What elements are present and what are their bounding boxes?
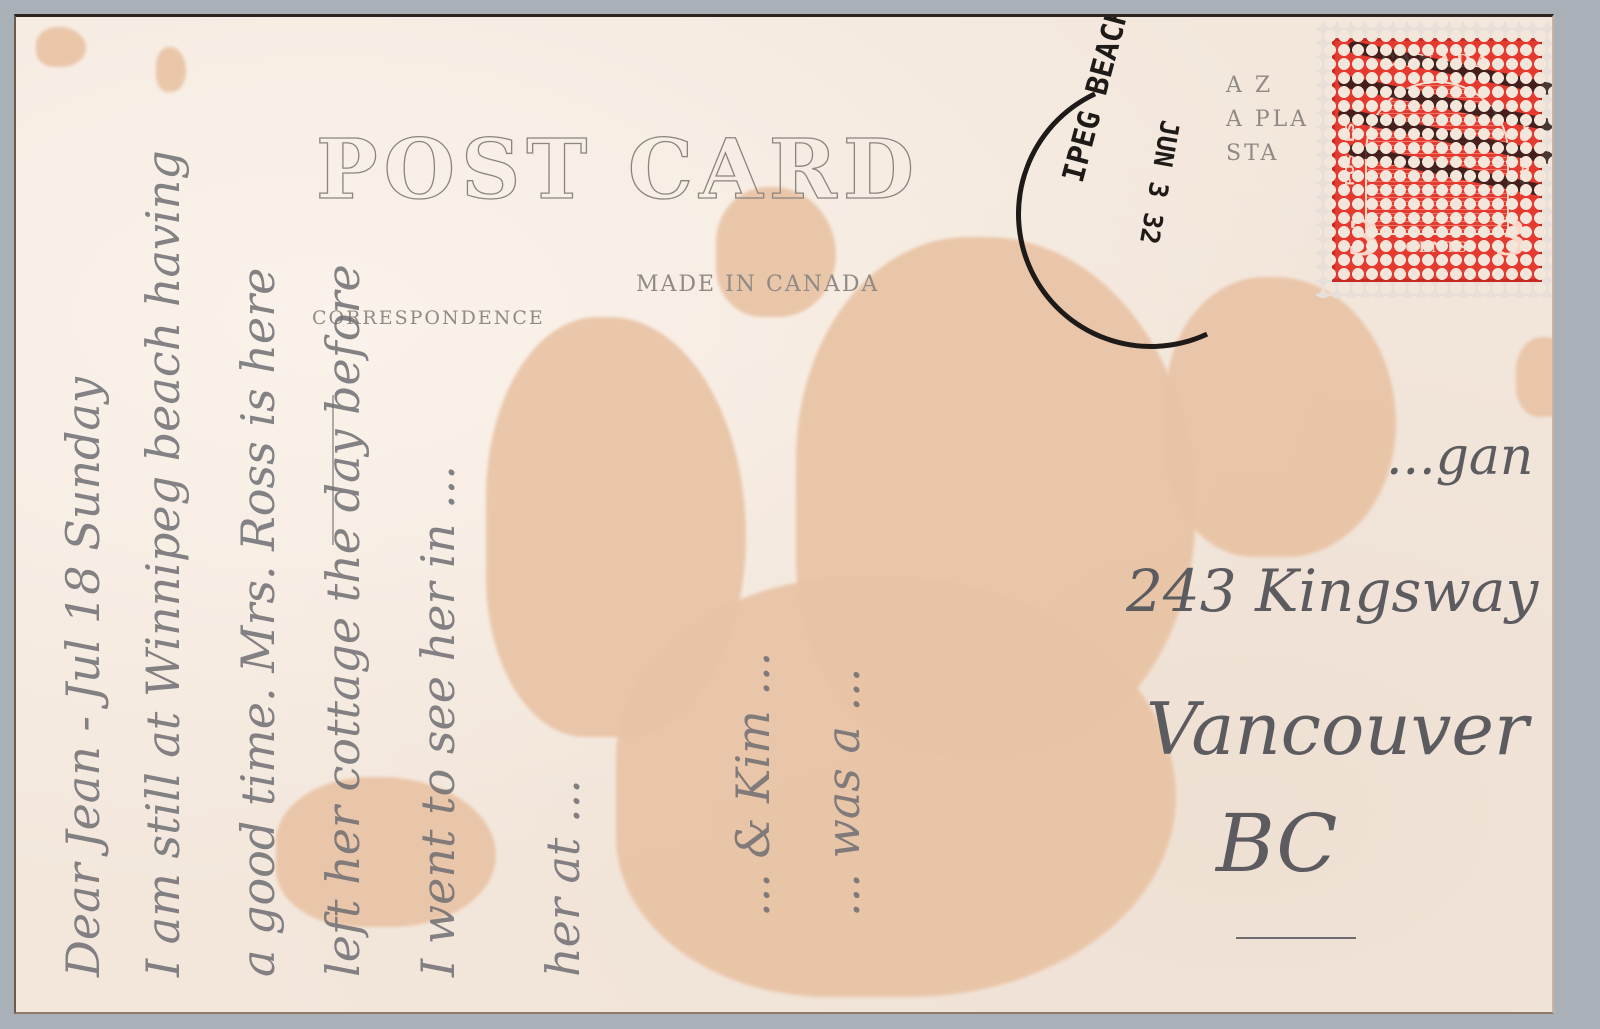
message-line: ... was a ... <box>816 668 870 917</box>
address-name: ...gan <box>1386 427 1533 487</box>
message-line: I went to see her in ... <box>411 465 465 977</box>
stain <box>36 27 86 67</box>
message-line: ... & Kim ... <box>726 652 780 917</box>
place-stamp-line: A Z <box>1226 69 1309 103</box>
address-street: 243 Kingsway <box>1126 557 1538 625</box>
message-line: I am still at Winnipeg beach having <box>136 150 190 977</box>
stain <box>1516 337 1554 417</box>
stain <box>156 47 186 92</box>
message-line: her at ... <box>536 779 590 977</box>
postage-stamp: CANADA POSTES POSTAGE 3 3 CENTS <box>1316 22 1552 298</box>
message-line: Dear Jean - Jul 18 Sunday <box>56 377 110 977</box>
address-city: Vancouver <box>1146 687 1528 771</box>
post-card-title: POST CARD <box>316 122 920 218</box>
message-line: a good time. Mrs. Ross is here <box>231 268 285 977</box>
stamp-denomination: CENTS <box>1335 239 1539 257</box>
address-underline <box>1236 937 1356 939</box>
address-province: BC <box>1216 797 1337 890</box>
message-line: left her cottage the day before <box>316 264 370 977</box>
made-in-canada-label: MADE IN CANADA <box>636 272 879 297</box>
